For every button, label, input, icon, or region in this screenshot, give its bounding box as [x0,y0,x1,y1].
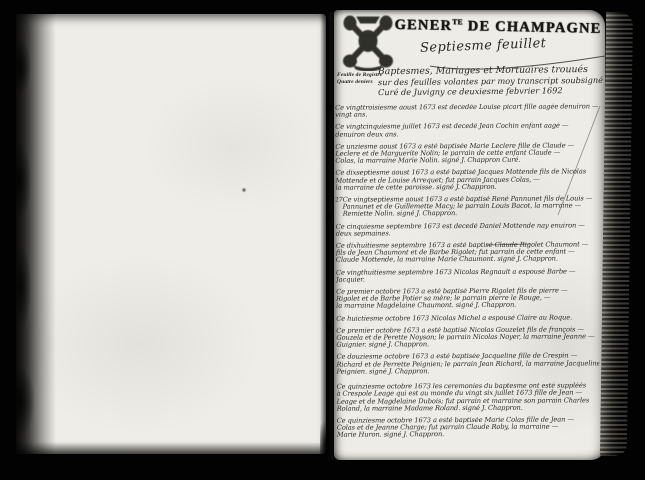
entry-line: denuiron deux ans. [335,130,598,139]
register-entry: Ce dixseptiesme aoust 1673 a esté baptis… [335,169,598,192]
stamp-title-prefix: GENER [394,17,452,34]
entry-line: Colas, la marraine Marie Nolin. signé J.… [335,157,598,166]
generalite-stamp-icon [340,13,396,71]
register-entries: Ce vingttroisiesme aoust 1673 est decedé… [335,103,600,444]
register-heading: Baptesmes, Mariages et Mortuaires trouué… [378,65,603,97]
entry-line: Ce vingthuitiesme septembre 1673 Nicolas… [336,268,599,277]
register-entry: Ce huictiesme octobre 1673 Nicolas Miche… [336,314,599,323]
handwritten-folio-title: Septiesme feuillet [420,33,620,56]
entry-line: vingt ans. [335,111,598,120]
entry-line: la marraine de cette paroisse. signé J. … [336,183,599,192]
entry-line: Marie Huron. signé J. Chappron. [337,431,600,440]
entry-line: Remiette Nolin. signé J. Chappron. [343,210,599,219]
entry-line: Ce huictiesme octobre 1673 Nicolas Miche… [336,314,599,323]
register-entry: 27Ce vingtseptiesme aoust 1673 a esté ba… [336,195,599,218]
register-entry: Ce premier octobre 1673 a esté baptisé P… [336,287,599,310]
register-entry: Ce dixhuitiesme septembre 1673 a esté ba… [336,241,599,264]
entry-line: Peignien. signé J. Chappron. [336,367,599,376]
entry-line: Claude Mottende, la marraine Marie Chaum… [336,256,599,265]
register-entry: Ce unziesme aoust 1673 a esté baptisée M… [335,142,598,165]
burnt-page-edge [16,14,56,454]
register-entry: Ce vingthuitiesme septembre 1673 Nicolas… [336,268,599,284]
margin-note: 27 [336,197,343,204]
register-entry: Ce quinziesme octobre 1673 les ceremonie… [337,382,600,412]
page-bottom-shadow [16,442,326,454]
entry-line: Jacquier. [336,275,599,284]
stamp-title-superscript: TE [452,17,463,26]
entry-line: la marraine Magdelaine Chaumont. signé J… [336,302,599,311]
scanned-register-spread: Feuille de Registre Quatre deniers GENER… [0,0,645,480]
entry-line: Roland, la marraine Madame Roland. signé… [337,404,600,413]
register-heading-line: Curé de Juvigny ce deuxiesme febvrier 16… [378,85,603,97]
register-entry: Ce premier octobre 1673 a esté baptisé N… [336,326,599,349]
register-entry: Ce quinziesme octobre 1673 a esté baptis… [337,416,600,439]
register-recto-page: Feuille de Registre Quatre deniers GENER… [334,10,605,460]
register-entry: Ce douziesme octobre 1673 a esté baptisé… [336,353,599,376]
entry-line: Guignier. signé J. Chappron. [336,341,599,350]
register-entry: Ce vingtcinquiesme juillet 1673 est dece… [335,123,598,139]
page-edge-stack [600,12,633,456]
register-entry: Ce cinquiesme septembre 1673 est decedé … [336,222,599,238]
register-entry: Ce vingttroisiesme aoust 1673 est decedé… [335,103,598,119]
blank-verso-page [16,14,326,454]
entry-line: deux sepmaines. [336,229,599,238]
